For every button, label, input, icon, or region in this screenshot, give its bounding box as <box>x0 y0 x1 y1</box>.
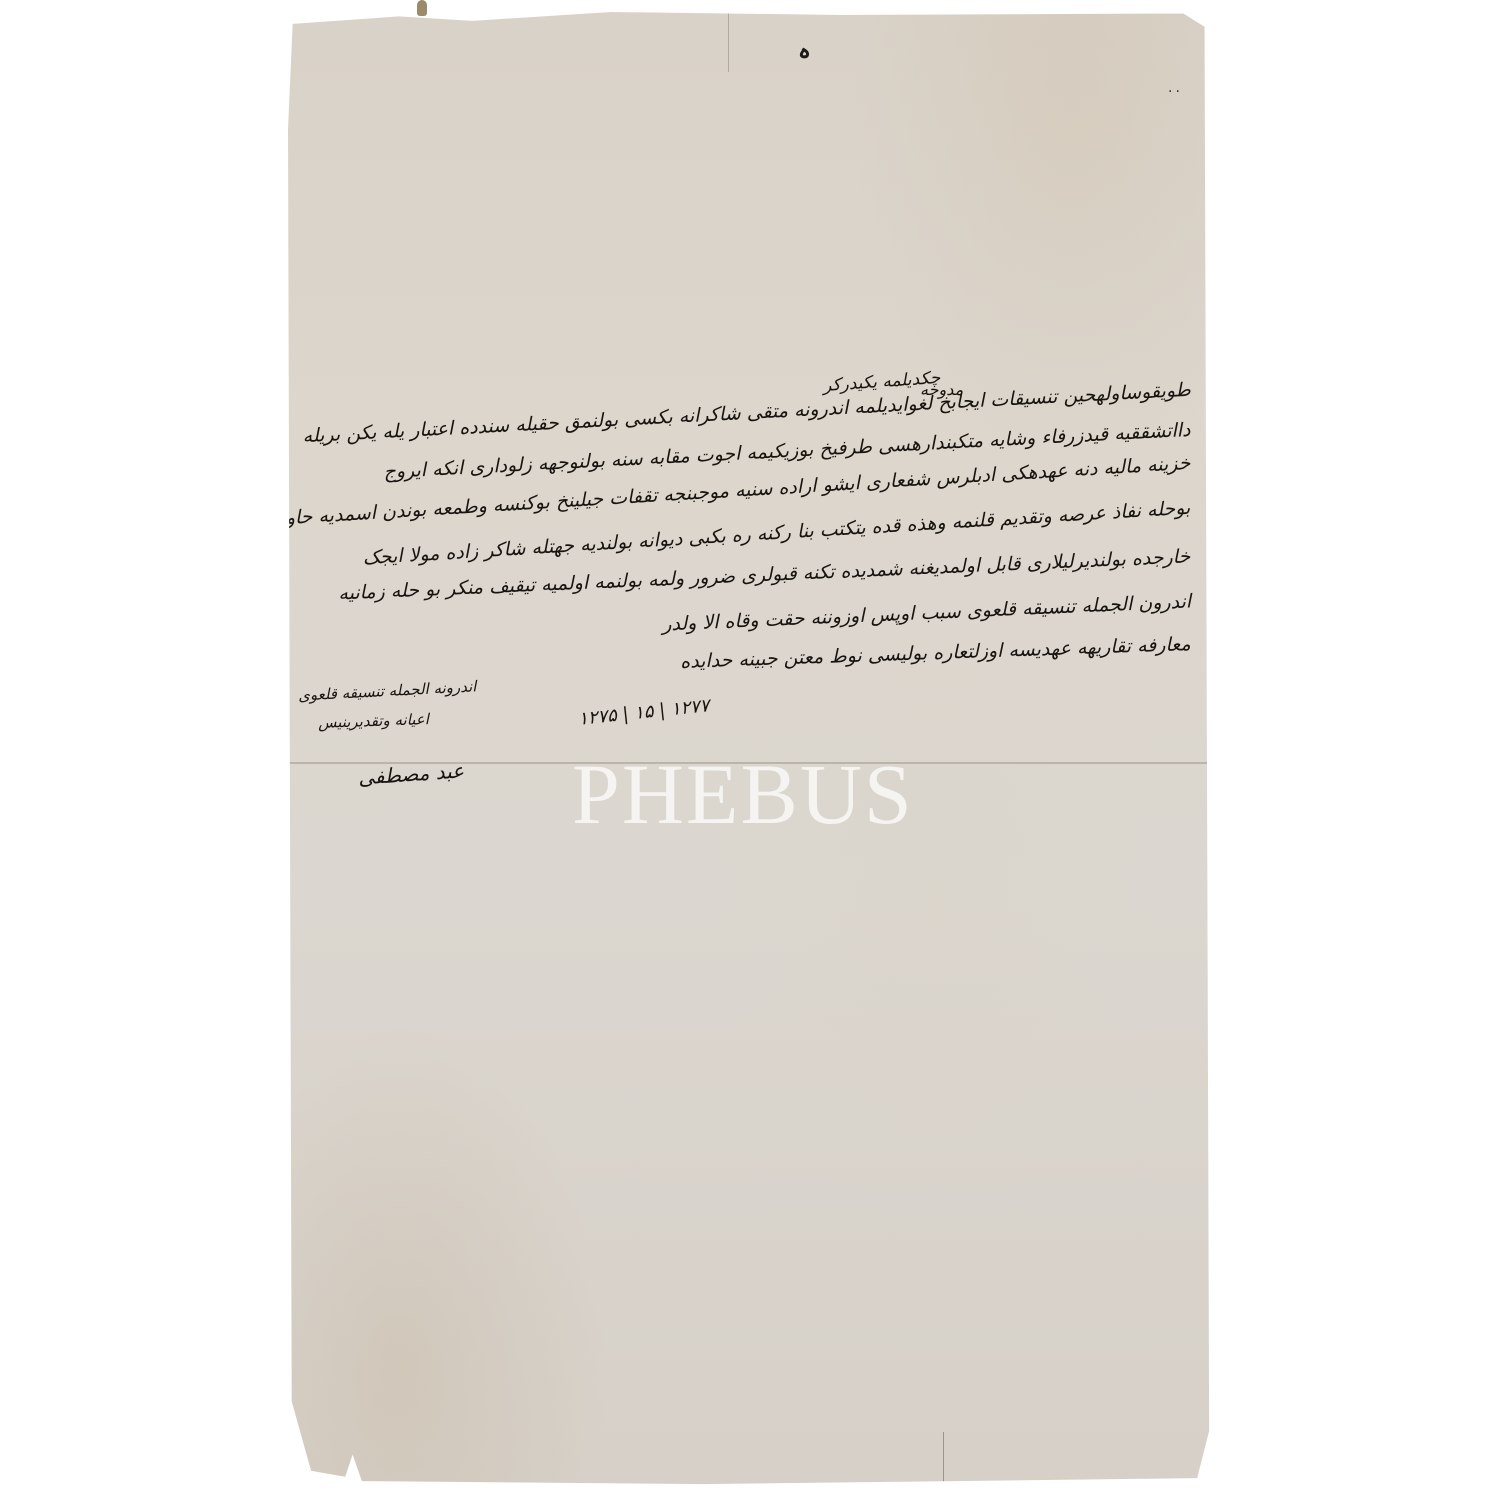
watermark: PHEBUS <box>572 744 914 844</box>
corner-ink-dots: .. <box>1168 80 1183 96</box>
page-number-mark: ہ <box>798 38 811 64</box>
hanging-string <box>417 0 427 16</box>
tear-bottom <box>943 1432 944 1487</box>
document-page: ہ .. مدوحه چکدیلمه یکیدرکر طویقوساولهحین… <box>288 12 1211 1490</box>
closing-line: اعیانه وتقدیرینیس <box>318 710 429 732</box>
tear-top <box>728 12 729 72</box>
